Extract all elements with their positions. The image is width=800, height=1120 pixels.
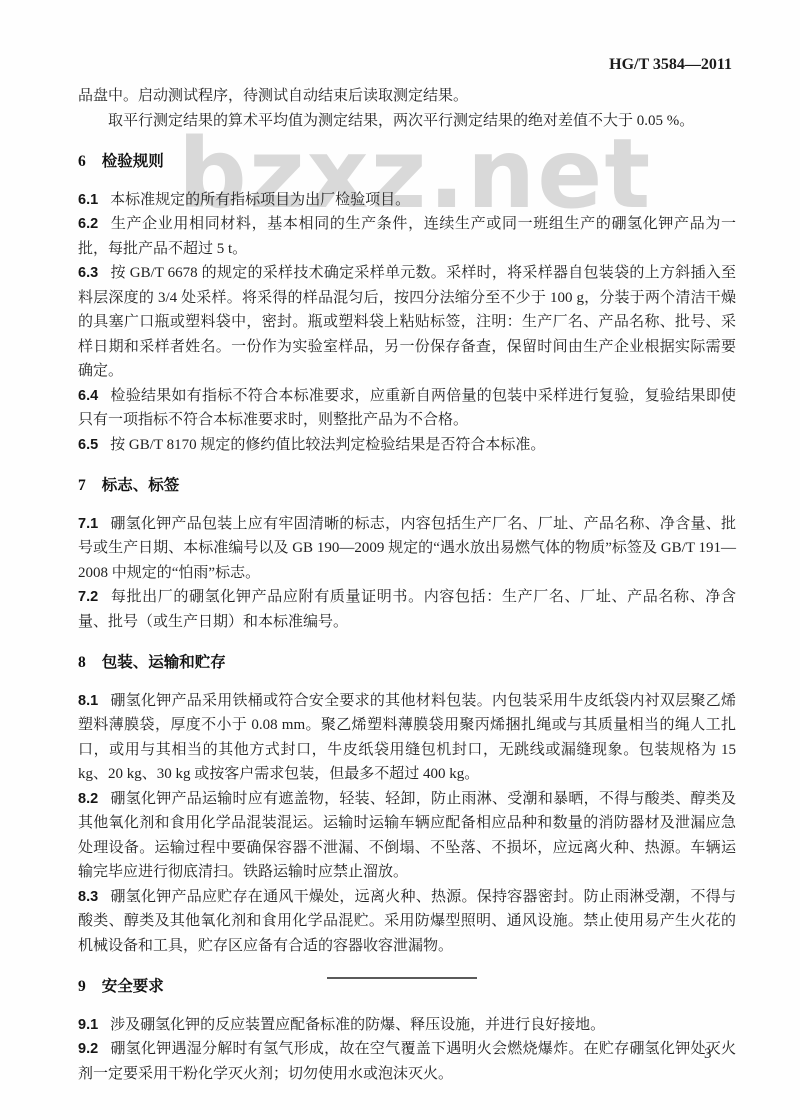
section-heading: 8包装、运输和贮存 — [78, 651, 736, 676]
clause-number: 6.3 — [78, 265, 98, 281]
section-number: 9 — [78, 978, 86, 995]
clause-number: 7.2 — [78, 589, 98, 605]
section-number: 8 — [78, 654, 86, 671]
clause-paragraph: 8.1硼氢化钾产品采用铁桶或符合安全要求的其他材料包装。内包装采用牛皮纸袋内衬双… — [78, 689, 736, 787]
clause-number: 6.1 — [78, 192, 98, 208]
paragraph-text: 按 GB/T 8170 规定的修约值比较法判定检验结果是否符合本标准。 — [110, 437, 545, 453]
section-number: 6 — [78, 153, 86, 170]
clause-paragraph: 8.2硼氢化钾产品运输时应有遮盖物，轻装、轻卸，防止雨淋、受潮和暴晒，不得与酸类… — [78, 787, 736, 885]
section-title: 标志、标签 — [102, 477, 180, 494]
clause-number: 6.4 — [78, 388, 98, 404]
clause-paragraph: 6.3按 GB/T 6678 的规定的采样技术确定采样单元数。采样时，将采样器自… — [78, 261, 736, 384]
standard-number-header: HG/T 3584—2011 — [609, 56, 732, 74]
clause-number: 9.1 — [78, 1017, 98, 1033]
paragraph-text: 硼氢化钾产品包装上应有牢固清晰的标志，内容包括生产厂名、厂址、产品名称、净含量、… — [78, 516, 736, 581]
paragraph-text: 本标准规定的所有指标项目为出厂检验项目。 — [110, 192, 410, 208]
section-heading: 7标志、标签 — [78, 474, 736, 499]
paragraph-text: 硼氢化钾产品采用铁桶或符合安全要求的其他材料包装。内包装采用牛皮纸袋内衬双层聚乙… — [78, 693, 736, 783]
paragraph-text: 品盘中。启动测试程序，待测试自动结束后读取测定结果。 — [78, 88, 468, 104]
clause-paragraph: 6.4检验结果如有指标不符合本标准要求，应重新自两倍量的包装中采样进行复验，复验… — [78, 384, 736, 433]
clause-number: 8.3 — [78, 889, 98, 905]
section-title: 包装、运输和贮存 — [102, 654, 226, 671]
clause-number: 7.1 — [78, 516, 98, 532]
paragraph-text: 每批出厂的硼氢化钾产品应附有质量证明书。内容包括：生产厂名、厂址、产品名称、净含… — [78, 589, 736, 630]
clause-paragraph: 7.2每批出厂的硼氢化钾产品应附有质量证明书。内容包括：生产厂名、厂址、产品名称… — [78, 585, 736, 634]
section-title: 检验规则 — [102, 153, 164, 170]
paragraph-text: 按 GB/T 6678 的规定的采样技术确定采样单元数。采样时，将采样器自包装袋… — [78, 265, 736, 379]
section-title: 安全要求 — [102, 978, 164, 995]
section-heading: 6检验规则 — [78, 150, 736, 175]
clause-paragraph: 9.1涉及硼氢化钾的反应装置应配备标准的防爆、释压设施，并进行良好接地。 — [78, 1013, 736, 1038]
clause-number: 8.1 — [78, 693, 98, 709]
document-body: 品盘中。启动测试程序，待测试自动结束后读取测定结果。取平行测定结果的算术平均值为… — [78, 84, 736, 1086]
paragraph-text: 硼氢化钾产品应贮存在通风干燥处，远离火种、热源。保持容器密封。防止雨淋受潮，不得… — [78, 889, 736, 954]
clause-number: 8.2 — [78, 791, 98, 807]
body-paragraph: 品盘中。启动测试程序，待测试自动结束后读取测定结果。 — [78, 84, 736, 109]
clause-paragraph: 6.5按 GB/T 8170 规定的修约值比较法判定检验结果是否符合本标准。 — [78, 433, 736, 458]
paragraph-text: 硼氢化钾遇湿分解时有氢气形成，故在空气覆盖下遇明火会燃烧爆炸。在贮存硼氢化钾处灭… — [78, 1041, 736, 1082]
body-paragraph: 取平行测定结果的算术平均值为测定结果，两次平行测定结果的绝对差值不大于 0.05… — [78, 109, 736, 134]
clause-paragraph: 6.1本标准规定的所有指标项目为出厂检验项目。 — [78, 188, 736, 213]
clause-paragraph: 9.2硼氢化钾遇湿分解时有氢气形成，故在空气覆盖下遇明火会燃烧爆炸。在贮存硼氢化… — [78, 1037, 736, 1086]
document-page: bzxz.net HG/T 3584—2011 品盘中。启动测试程序，待测试自动… — [0, 0, 800, 1120]
clause-number: 6.5 — [78, 437, 98, 453]
page-number: 3 — [704, 1046, 712, 1063]
end-of-document-divider — [327, 977, 477, 979]
clause-paragraph: 6.2生产企业用相同材料，基本相同的生产条件，连续生产或同一班组生产的硼氢化钾产… — [78, 212, 736, 261]
section-number: 7 — [78, 477, 86, 494]
paragraph-text: 检验结果如有指标不符合本标准要求，应重新自两倍量的包装中采样进行复验，复验结果即… — [78, 388, 736, 429]
paragraph-text: 取平行测定结果的算术平均值为测定结果，两次平行测定结果的绝对差值不大于 0.05… — [108, 113, 694, 129]
clause-paragraph: 7.1硼氢化钾产品包装上应有牢固清晰的标志，内容包括生产厂名、厂址、产品名称、净… — [78, 512, 736, 586]
clause-paragraph: 8.3硼氢化钾产品应贮存在通风干燥处，远离火种、热源。保持容器密封。防止雨淋受潮… — [78, 885, 736, 959]
clause-number: 9.2 — [78, 1041, 98, 1057]
paragraph-text: 涉及硼氢化钾的反应装置应配备标准的防爆、释压设施，并进行良好接地。 — [110, 1017, 605, 1033]
paragraph-text: 生产企业用相同材料，基本相同的生产条件，连续生产或同一班组生产的硼氢化钾产品为一… — [78, 216, 736, 257]
clause-number: 6.2 — [78, 216, 98, 232]
paragraph-text: 硼氢化钾产品运输时应有遮盖物，轻装、轻卸，防止雨淋、受潮和暴晒，不得与酸类、醇类… — [78, 791, 736, 881]
